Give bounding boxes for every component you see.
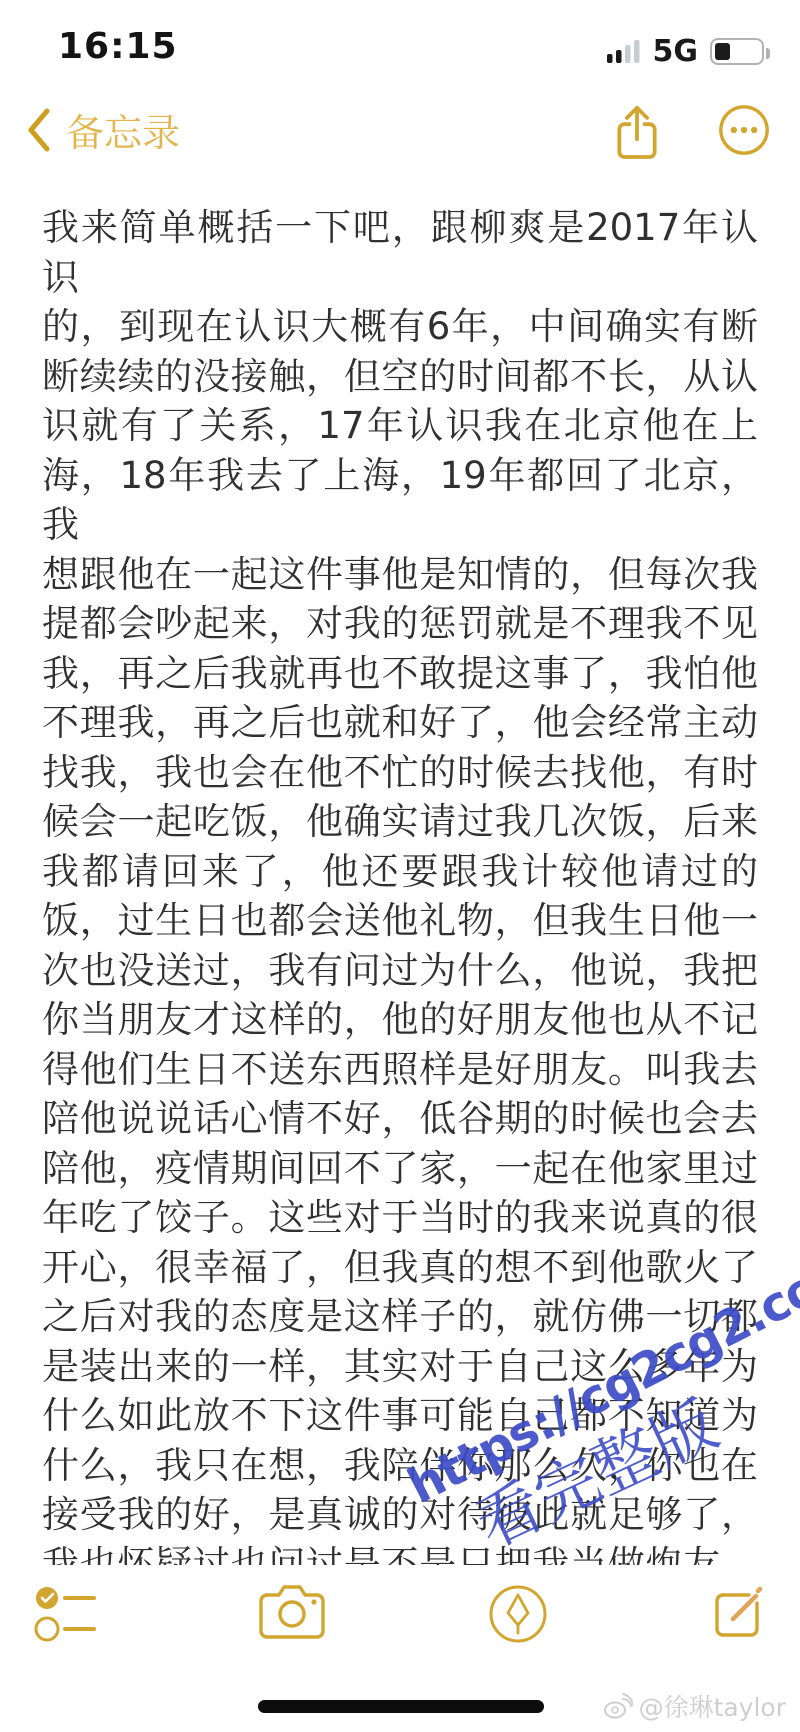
notes-app-screen: 16:15 5G 备忘录 xyxy=(0,0,800,1732)
clock: 16:15 xyxy=(58,26,178,67)
note-line: 我来简单概括一下吧，跟柳爽是2017年认识 xyxy=(42,203,758,302)
battery-fill xyxy=(715,43,730,60)
weibo-icon xyxy=(603,1693,633,1719)
home-indicator[interactable] xyxy=(258,1700,544,1713)
network-label: 5G xyxy=(653,34,699,69)
compose-button[interactable] xyxy=(709,1583,767,1645)
note-line: 海，18年我去了上海，19年都回了北京，我 xyxy=(42,451,758,550)
more-ellipsis-icon xyxy=(718,104,770,156)
battery-nub xyxy=(766,48,770,59)
note-line: 陪他说说话心情不好，低谷期的时候也会去 xyxy=(42,1094,758,1144)
note-line: 你当朋友才这样的，他的好朋友他也从不记 xyxy=(42,995,758,1045)
note-line: 开心，很幸福了，但我真的想不到他歌火了 xyxy=(42,1243,758,1293)
more-options-button[interactable] xyxy=(718,104,770,160)
note-line: 断续续的没接触，但空的时间都不长，从认 xyxy=(42,352,758,402)
compose-icon xyxy=(709,1583,767,1641)
markup-pen-icon xyxy=(487,1583,549,1645)
credit-text: @徐琳taylor xyxy=(639,1688,786,1724)
camera-icon xyxy=(257,1583,327,1641)
note-line: 次也没送过，我有问过为什么，他说，我把 xyxy=(42,946,758,996)
share-button[interactable] xyxy=(614,104,660,166)
note-line: 不理我，再之后也就和好了，他会经常主动 xyxy=(42,698,758,748)
note-line: 想跟他在一起这件事他是知情的，但每次我 xyxy=(42,550,758,600)
back-label: 备忘录 xyxy=(66,102,180,157)
note-line: 识就有了关系，17年认识我在北京他在上 xyxy=(42,401,758,451)
note-line: 提都会吵起来，对我的惩罚就是不理我不见 xyxy=(42,599,758,649)
note-line: 饭，过生日也都会送他礼物，但我生日他一 xyxy=(42,896,758,946)
cellular-signal-icon xyxy=(607,40,641,64)
note-line: 得他们生日不送东西照样是好朋友。叫我去 xyxy=(42,1045,758,1095)
note-line: 年吃了饺子。这些对于当时的我来说真的很 xyxy=(42,1193,758,1243)
status-indicators: 5G xyxy=(607,34,765,69)
note-line: 之后对我的态度是这样子的，就仿佛一切都 xyxy=(42,1292,758,1342)
camera-button[interactable] xyxy=(257,1583,327,1645)
bottom-toolbar xyxy=(0,1583,800,1661)
note-line: 接受我的好，是真诚的对待彼此就足够了， xyxy=(42,1490,758,1540)
note-line: 陪他，疫情期间回不了家，一起在他家里过 xyxy=(42,1144,758,1194)
credit-watermark: @徐琳taylor xyxy=(603,1688,786,1724)
back-chevron-icon xyxy=(24,106,52,154)
note-line: 什么，我只在想，我陪伴你那么久，你也在 xyxy=(42,1441,758,1491)
status-bar: 16:15 5G xyxy=(0,0,800,90)
note-body[interactable]: 我来简单概括一下吧，跟柳爽是2017年认识的，到现在认识大概有6年，中间确实有断… xyxy=(42,203,758,1565)
note-line: 找我，我也会在他不忙的时候去找他，有时 xyxy=(42,748,758,798)
note-line: 我，再之后我就再也不敢提这事了，我怕他 xyxy=(42,649,758,699)
battery-icon xyxy=(710,38,764,65)
checklist-button[interactable] xyxy=(34,1583,98,1649)
back-button[interactable]: 备忘录 xyxy=(24,102,180,157)
nav-bar: 备忘录 xyxy=(0,96,800,180)
markup-button[interactable] xyxy=(487,1583,549,1649)
note-line: 候会一起吃饭，他确实请过我几次饭，后来 xyxy=(42,797,758,847)
note-line: 是装出来的一样，其实对于自己这么多年为 xyxy=(42,1342,758,1392)
note-line: 我也怀疑过也问过是不是只把我当做炮友， xyxy=(42,1540,758,1566)
note-line: 的，到现在认识大概有6年，中间确实有断 xyxy=(42,302,758,352)
checklist-icon xyxy=(34,1583,98,1645)
share-icon xyxy=(614,104,660,162)
note-line: 我都请回来了，他还要跟我计较他请过的 xyxy=(42,847,758,897)
note-line: 什么如此放不下这件事可能自己都不知道为 xyxy=(42,1391,758,1441)
